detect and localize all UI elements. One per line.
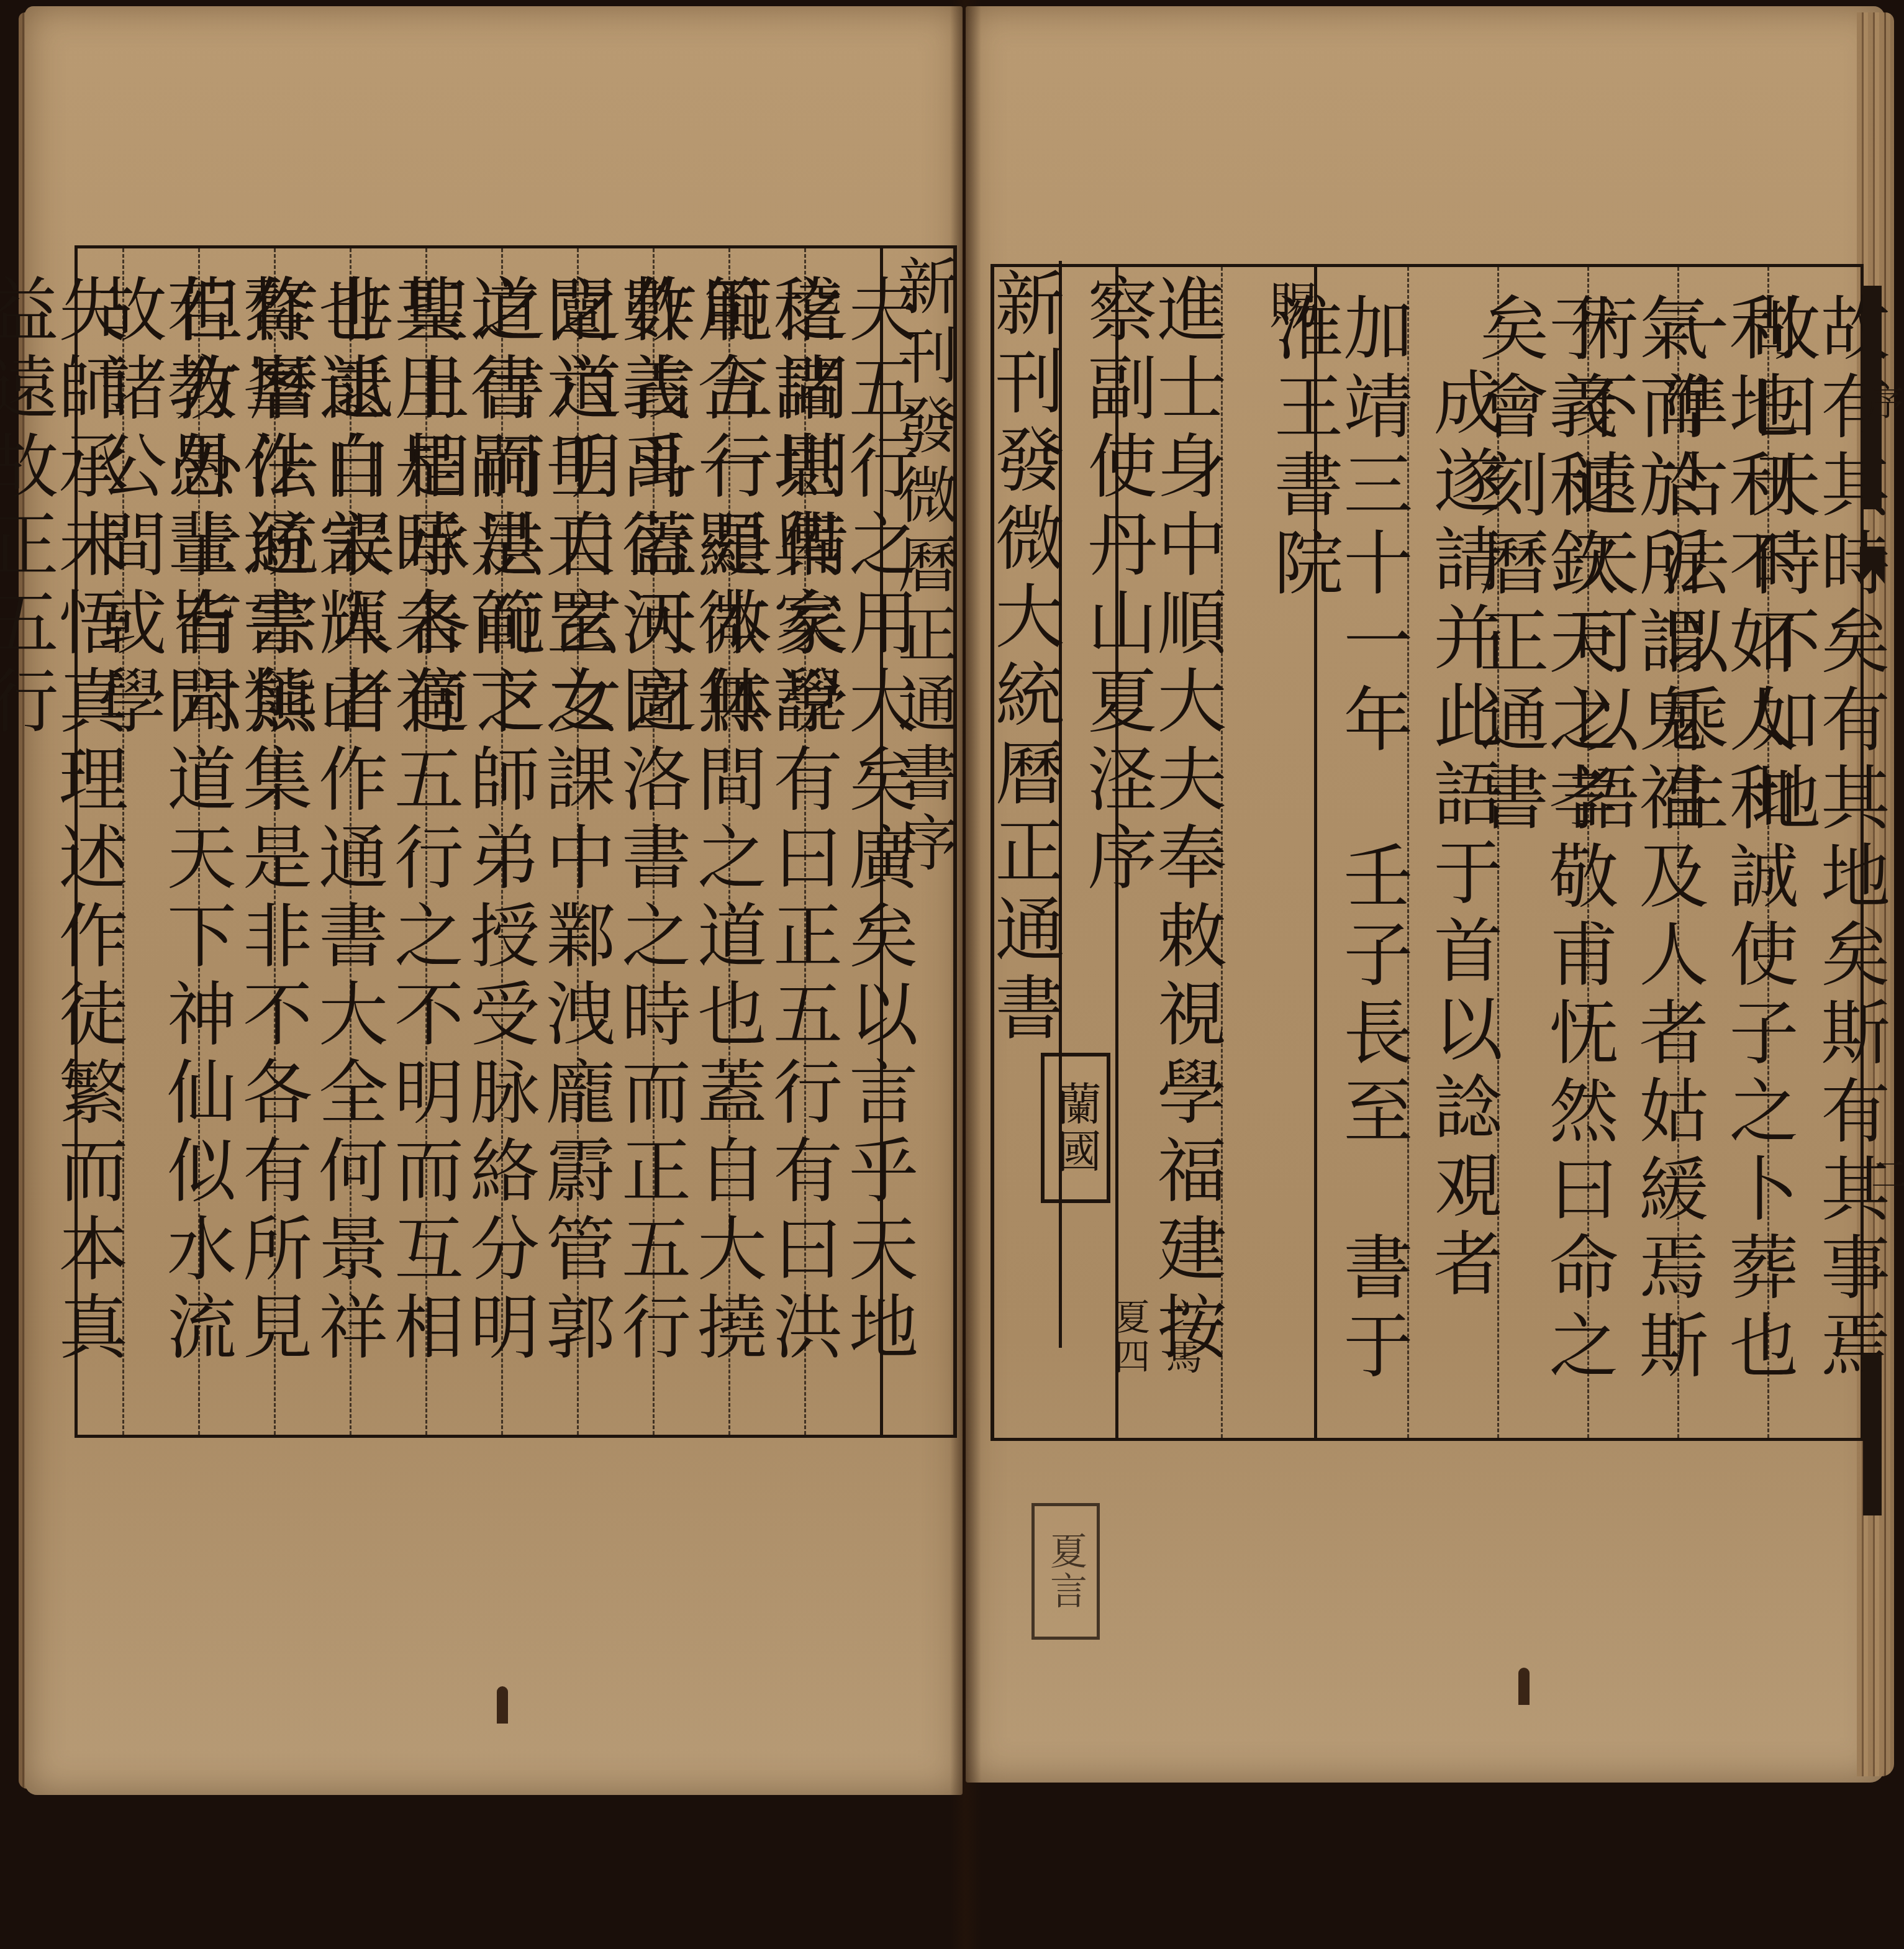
margin-label-text: 序 — [1861, 382, 1904, 423]
right-page-columns: 故有其時矣有其地矣斯有其事焉故曰天時不如地 利地利不如人和誠使子之卜葬也一準古法… — [994, 267, 1861, 1438]
right-page-print-frame: 故有其時矣有其地矣斯有其事焉故曰天時不如地 利地利不如人和誠使子之卜葬也一準古法… — [991, 264, 1864, 1441]
left-page-print-frame: 新刊發微曆正通書序 夫五行之用大矣廣矣以言乎天地之間則備矣學 稽諸堪輿家說有曰正… — [75, 245, 957, 1438]
column-text: 成遂請并此語于首以諗覌者 — [1428, 366, 1497, 1306]
binding-thread-hole — [497, 1686, 508, 1724]
binding-thread-hole — [1518, 1668, 1530, 1705]
column-text: 失師承未悟真理述作徒繁而本真益遠故正五行 — [0, 273, 122, 1435]
text-column: 于義和欽天之孝敬甫怃然曰命之矣會刻曆正通書 — [1497, 267, 1587, 1438]
left-page-columns: 新刊發微曆正通書序 夫五行之用大矣廣矣以言乎天地之間則備矣學 稽諸堪輿家說有曰正… — [78, 248, 953, 1435]
text-column: 賜 — [1221, 267, 1314, 1438]
date-column: 加靖三十一年 壬子長至 書于淮王書院 — [1314, 267, 1407, 1438]
book-spread: 故有其時矣有其地矣斯有其事焉故曰天時不如地 利地利不如人和誠使子之卜葬也一準古法… — [0, 0, 1904, 1949]
small-seal-inscription: 㝉馬 夏四 — [1103, 1298, 1207, 1438]
book-title: 新刊發微大統曆正通書 — [989, 267, 1059, 1050]
fold-black-bar — [1863, 1354, 1882, 1515]
text-column: 若教愚輩皆聞道天下神仙似水流故諸公間或學 — [122, 248, 198, 1435]
seal-stamp-lower: 夏言 — [1031, 1503, 1100, 1640]
book-title-column: 新刊發微大統曆正通書 — [994, 261, 1062, 1348]
text-column: 成遂請并此語于首以諗覌者 — [1407, 267, 1497, 1438]
page-number-text: 二 — [1865, 1155, 1904, 1196]
seal-text: 夏言 — [1039, 1532, 1092, 1611]
small-seal-text: 㝉馬 夏四 — [1108, 1298, 1202, 1378]
column-text: 賜 — [1264, 279, 1314, 338]
author-column: 進士身中順大夫奉敕視學福建按察副使丹山夏𣲾序 — [1115, 267, 1221, 1438]
margin-label: 序 — [1856, 382, 1904, 423]
margin-page-number: 二 — [1860, 1155, 1904, 1196]
text-column: 失師承未悟真理述作徒繁而本真益遠故正五行 — [0, 248, 122, 1435]
